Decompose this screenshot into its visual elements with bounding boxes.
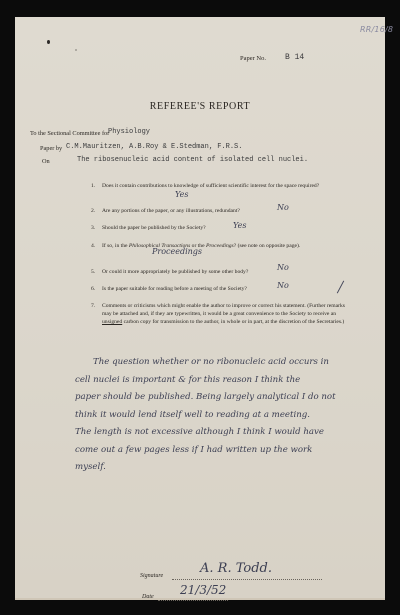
question-6: 6. Is the paper suitable for reading bef… — [91, 285, 351, 295]
comment-line: come out a few pages less if I had writt… — [75, 442, 395, 460]
on-value: The ribosenucleic acid content of isolat… — [77, 156, 308, 164]
question-number: 6. — [91, 285, 95, 293]
question-4: 4. If so, in the Philosophical Transacti… — [91, 242, 351, 262]
committee-label: To the Sectional Committee for — [30, 130, 109, 137]
punch-hole-mark — [47, 40, 50, 44]
referee-comments: The question whether or no ribonucleic a… — [75, 354, 395, 477]
question-5: 5. Or could it more appropriately be pub… — [91, 268, 351, 278]
date-value: 21/3/52 — [180, 583, 226, 597]
archive-reference: RR/16/8 — [360, 25, 393, 34]
answer-5: No — [277, 263, 289, 272]
question-number: 1. — [91, 182, 95, 190]
question-1: 1. Does it contain contributions to know… — [91, 182, 351, 202]
committee-value: Physiology — [108, 128, 150, 136]
question-number: 4. — [91, 242, 95, 250]
comment-line: myself. — [75, 459, 395, 477]
paper-by-label: Paper by — [40, 145, 62, 152]
comment-line: think it would lend itself well to readi… — [75, 407, 395, 425]
referee-report-page: RR/16/8 Paper No. B 14 REFEREE'S REPORT … — [15, 17, 385, 600]
paper-by-value: C.M.Mauritzen, A.B.Roy & E.Stedman, F.R.… — [66, 143, 242, 151]
comment-line: The question whether or no ribonucleic a… — [93, 354, 395, 372]
answer-1: Yes — [175, 190, 188, 199]
paper-no-value: B 14 — [285, 53, 304, 62]
signature-line — [172, 579, 322, 580]
question-text: Are any portions of the paper, or any il… — [102, 207, 347, 215]
question-number: 7. — [91, 302, 95, 310]
comment-line: paper should be published. Being largely… — [75, 389, 395, 407]
answer-4: Proceedings — [152, 247, 202, 256]
question-7: 7. Comments or criticisms which might en… — [91, 302, 351, 350]
question-text: If so, in the Philosophical Transactions… — [102, 242, 347, 250]
question-text: Comments or criticisms which might enabl… — [102, 302, 347, 326]
question-number: 3. — [91, 224, 95, 232]
answer-6: No — [277, 281, 289, 290]
comment-line: The length is not excessive although I t… — [75, 424, 395, 442]
page-title: REFEREE'S REPORT — [15, 101, 385, 112]
paper-blemish — [75, 49, 77, 51]
question-text: Does it contain contributions to knowled… — [102, 182, 347, 190]
answer-2: No — [277, 203, 289, 212]
question-2: 2. Are any portions of the paper, or any… — [91, 207, 351, 217]
signature-value: A. R. Todd. — [200, 561, 272, 576]
date-line — [158, 600, 228, 601]
comment-line: cell nuclei is important & for this reas… — [75, 372, 395, 390]
question-number: 2. — [91, 207, 95, 215]
signature-label: Signature — [140, 573, 163, 579]
question-text: Is the paper suitable for reading before… — [102, 285, 347, 293]
on-label: On — [42, 158, 50, 165]
date-label: Date — [142, 594, 154, 600]
answer-3: Yes — [233, 221, 246, 230]
question-text: Or could it more appropriately be publis… — [102, 268, 347, 276]
question-number: 5. — [91, 268, 95, 276]
question-3: 3. Should the paper be published by the … — [91, 224, 351, 234]
question-text: Should the paper be published by the Soc… — [102, 224, 347, 232]
paper-no-label: Paper No. — [240, 55, 266, 62]
